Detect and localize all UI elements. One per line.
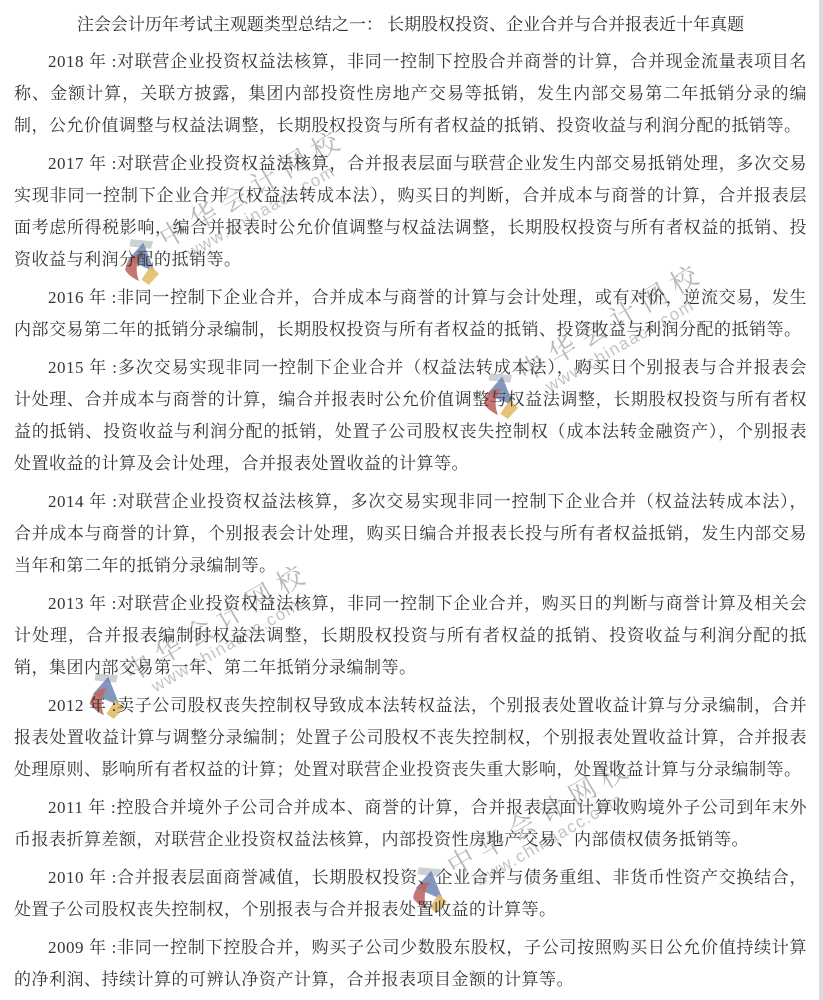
year-paragraph-2011: 2011 年 :控股合并境外子公司合并成本、商誉的计算，合并报表层面计算收购境外… [14,792,807,856]
page-edge-shadow [819,0,823,1000]
year-paragraph-2015: 2015 年 :多次交易实现非同一控制下企业合并（权益法转成本法），购买日个别报… [14,352,807,480]
year-paragraph-2018: 2018 年 :对联营企业投资权益法核算，非同一控制下控股合并商誉的计算，合并现… [14,46,807,142]
year-paragraph-2010: 2010 年 :合并报表层面商誉减值，长期股权投资、企业合并与债务重组、非货币性… [14,862,807,926]
document-title: 注会会计历年考试主观题类型总结之一： 长期股权投资、企业合并与合并报表近十年真题 [14,10,807,40]
year-paragraph-2014: 2014 年 :对联营企业投资权益法核算，多次交易实现非同一控制下企业合并（权益… [14,486,807,582]
document-body: 注会会计历年考试主观题类型总结之一： 长期股权投资、企业合并与合并报表近十年真题… [0,0,823,996]
year-paragraph-2013: 2013 年 :对联营企业投资权益法核算，非同一控制下企业合并，购买日的判断与商… [14,588,807,684]
year-paragraph-2012: 2012 年 :卖子公司股权丧失控制权导致成本法转权益法，个别报表处置收益计算与… [14,690,807,786]
year-paragraph-2017: 2017 年 :对联营企业投资权益法核算，合并报表层面与联营企业发生内部交易抵销… [14,148,807,276]
year-paragraph-2016: 2016 年 :非同一控制下企业合并，合并成本与商誉的计算与会计处理，或有对价，… [14,282,807,346]
year-paragraph-2009: 2009 年 :非同一控制下控股合并，购买子公司少数股东股权，子公司按照购买日公… [14,932,807,996]
document-page: 中华会计网校 www.chinaacc.com 中华会计网校 www.china… [0,0,823,1000]
